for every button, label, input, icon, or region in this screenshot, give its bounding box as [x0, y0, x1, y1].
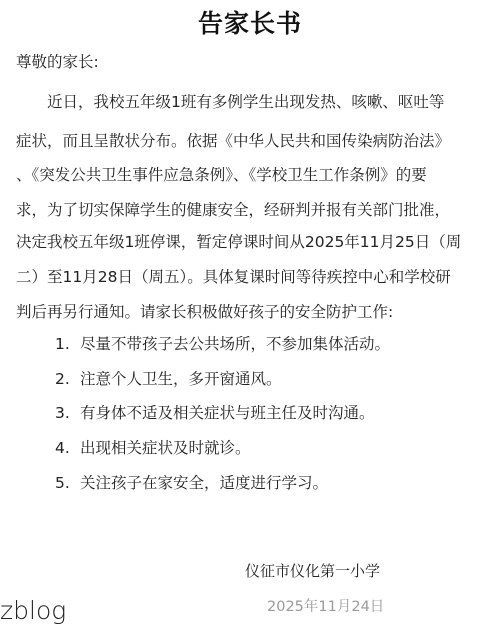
body-line-7: 判后再另行通知。请家长积极做好孩子的安全防护工作:	[16, 300, 393, 322]
list-item-3: 3.有身体不适及相关症状与班主任及时沟通。	[55, 401, 375, 423]
list-text: 关注孩子在家安全，适度进行学习。	[80, 474, 328, 492]
list-number: 3.	[55, 404, 80, 422]
body-line-6: 二）至11月28日（周五）。具体复课时间等待疾控中心和学校研	[16, 265, 451, 287]
letter-title: 告家长书	[0, 4, 500, 40]
body-line-4: 求，为了切实保障学生的健康安全，经研判并报有关部门批准，	[16, 198, 450, 220]
body-line-3: 、《突发公共卫生事件应急条例》、《学校卫生工作条例》的要	[16, 163, 427, 185]
body-line-5: 决定我校五年级1班停课，暂定停课时间从2025年11月25日（周	[16, 230, 461, 252]
list-text: 出现相关症状及时就诊。	[80, 439, 251, 457]
list-item-2: 2.注意个人卫生，多开窗通风。	[55, 367, 282, 389]
body-line-2: 症状，而且呈散状分布。依据《中华人民共和国传染病防治法》	[16, 129, 450, 151]
greeting: 尊敬的家长:	[16, 50, 99, 72]
list-text: 尽量不带孩子去公共场所，不参加集体活动。	[80, 335, 390, 353]
list-item-4: 4.出现相关症状及时就诊。	[55, 436, 251, 458]
body-line-1: 近日，我校五年级1班有多例学生出现发热、咳嗽、呕吐等	[16, 90, 444, 112]
watermark: zblog	[0, 596, 66, 625]
list-number: 2.	[55, 370, 80, 388]
list-number: 4.	[55, 439, 80, 457]
school-signature: 仪征市仪化第一小学	[245, 560, 380, 581]
list-item-1: 1.尽量不带孩子去公共场所，不参加集体活动。	[55, 332, 390, 354]
list-text: 注意个人卫生，多开窗通风。	[80, 370, 282, 388]
list-text: 有身体不适及相关症状与班主任及时沟通。	[80, 404, 375, 422]
letter-date: 2025年11月24日	[267, 595, 384, 616]
list-number: 5.	[55, 474, 80, 492]
list-item-5: 5.关注孩子在家安全，适度进行学习。	[55, 471, 328, 493]
list-number: 1.	[55, 335, 80, 353]
